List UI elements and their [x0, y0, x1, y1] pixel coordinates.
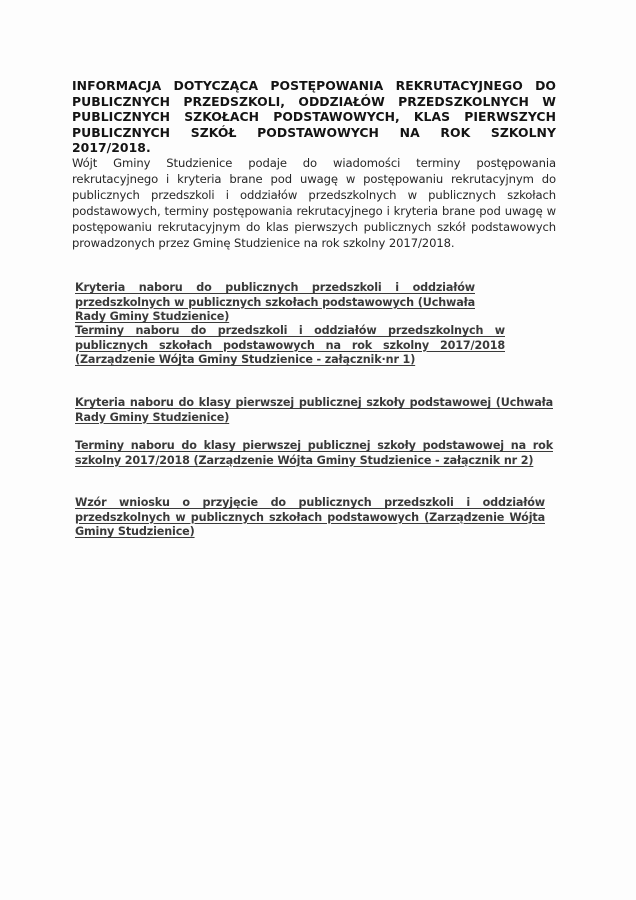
link-kryteria-klasa-pierwsza[interactable]: Kryteria naboru do klasy pierwszej publi…: [75, 396, 553, 425]
link-kryteria-przedszkola[interactable]: Kryteria naboru do publicznych przedszko…: [75, 281, 475, 325]
document-title: INFORMACJA DOTYCZĄCA POSTĘPOWANIA REKRUT…: [72, 78, 556, 156]
intro-paragraph: Wójt Gminy Studzienice podaje do wiadomo…: [72, 155, 556, 251]
link-wzor-wniosku[interactable]: Wzór wniosku o przyjęcie do publicznych …: [75, 496, 545, 540]
link-terminy-przedszkola[interactable]: Terminy naboru do przedszkoli i oddziałó…: [75, 324, 505, 368]
link-terminy-klasa-pierwsza[interactable]: Terminy naboru do klasy pierwszej public…: [75, 439, 553, 468]
document-page: INFORMACJA DOTYCZĄCA POSTĘPOWANIA REKRUT…: [0, 0, 636, 900]
